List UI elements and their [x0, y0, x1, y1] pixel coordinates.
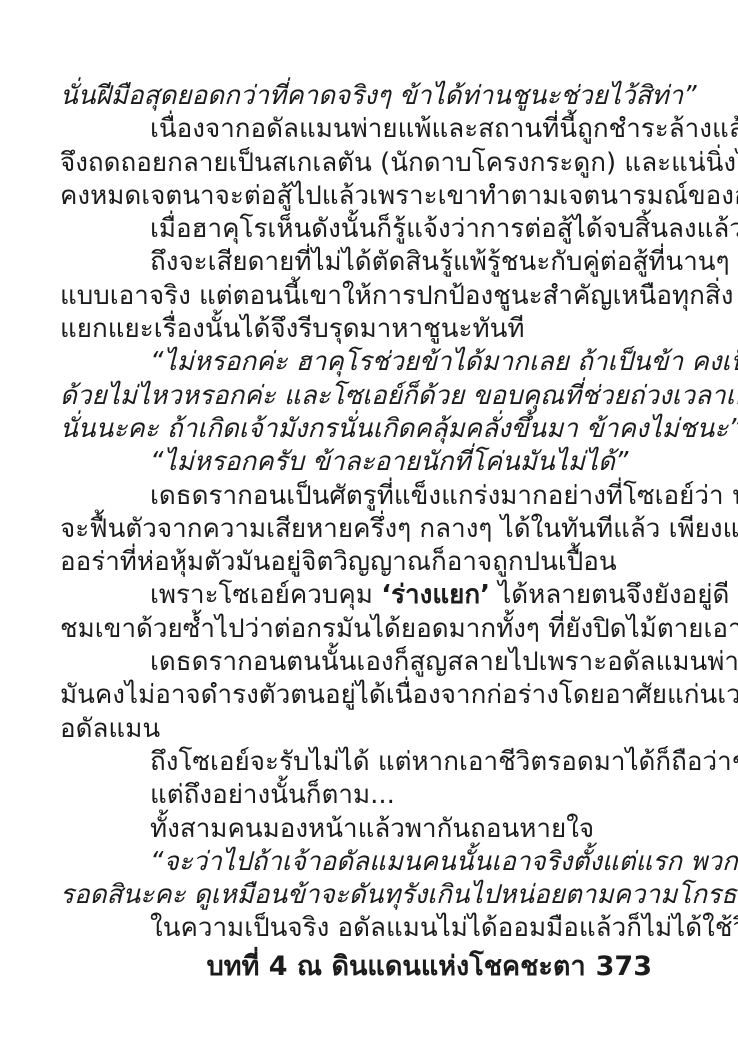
- text-line: เดธดรากอนเป็นศัตรูที่แข็งแกร่งมากอย่างที…: [60, 480, 664, 513]
- text-line-with-bold: เพราะโซเอย์ควบคุม ‘ร่างแยก’ ได้หลายตนจึง…: [60, 579, 664, 612]
- text-line: ถึงจะเสียดายที่ไม่ได้ตัดสินรู้แพ้รู้ชนะก…: [60, 246, 664, 279]
- text-segment: ได้หลายตนจึงยังอยู่ดี ควรจะ: [490, 580, 738, 610]
- text-line: ชมเขาด้วยซ้ำไปว่าต่อกรมันได้ยอดมากทั้งๆ …: [60, 613, 664, 646]
- bold-term: ‘ร่างแยก’: [381, 580, 490, 610]
- text-line: รอดสินะคะ ดูเหมือนข้าจะดันทุรังเกินไปหน่…: [60, 879, 664, 912]
- text-line: แบบเอาจริง แต่ตอนนี้เขาให้การปกป้องชูนะส…: [60, 280, 664, 313]
- book-page: นั่นฝีมือสุดยอดกว่าที่คาดจริงๆ ข้าได้ท่า…: [0, 0, 738, 1051]
- text-line: แต่ถึงอย่างนั้นก็ตาม...: [60, 779, 664, 812]
- text-line: “ไม่หรอกครับ ข้าละอายนักที่โค่นมันไม่ได้…: [60, 446, 664, 479]
- body-text: นั่นฝีมือสุดยอดกว่าที่คาดจริงๆ ข้าได้ท่า…: [60, 80, 664, 946]
- chapter-title: บทที่ 4 ณ ดินแดนแห่งโชคชะตา: [207, 951, 586, 982]
- text-segment: เพราะโซเอย์ควบคุม: [150, 580, 381, 610]
- text-line: “จะว่าไปถ้าเจ้าอดัลแมนคนนั้นเอาจริงตั้งแ…: [60, 846, 664, 879]
- page-footer: บทที่ 4 ณ ดินแดนแห่งโชคชะตา373: [207, 948, 652, 985]
- text-line: นั่นนะคะ ถ้าเกิดเจ้ามังกรนั่นเกิดคลุ้มคล…: [60, 413, 664, 446]
- text-line: เนื่องจากอดัลแมนพ่ายแพ้และสถานที่นี้ถูกช…: [60, 113, 664, 146]
- text-line: มันคงไม่อาจดำรงตัวตนอยู่ได้เนื่องจากก่อร…: [60, 679, 664, 712]
- page-number: 373: [586, 951, 652, 982]
- text-line: จะฟื้นตัวจากความเสียหายครึ่งๆ กลางๆ ได้ใ…: [60, 513, 664, 546]
- text-line: อดัลแมน: [60, 713, 664, 746]
- text-line: ออร่าที่ห่อหุ้มตัวมันอยู่จิตวิญญาณก็อาจถ…: [60, 546, 664, 579]
- text-line: คงหมดเจตนาจะต่อสู้ไปแล้วเพราะเขาทำตามเจต…: [60, 180, 664, 213]
- text-line: ในความเป็นจริง อดัลแมนไม่ได้ออมมือแล้วก็…: [60, 912, 664, 945]
- text-line: นั่นฝีมือสุดยอดกว่าที่คาดจริงๆ ข้าได้ท่า…: [60, 80, 664, 113]
- text-line: “ไม่หรอกค่ะ ฮาคุโรช่วยข้าได้มากเลย ถ้าเป…: [60, 346, 664, 379]
- text-line: เมื่อฮาคุโรเห็นดังนั้นก็รู้แจ้งว่าการต่อ…: [60, 213, 664, 246]
- text-line: ถึงโซเอย์จะรับไม่ได้ แต่หากเอาชีวิตรอดมา…: [60, 746, 664, 779]
- text-line: ทั้งสามคนมองหน้าแล้วพากันถอนหายใจ: [60, 813, 664, 846]
- text-line: จึงถดถอยกลายเป็นสเกเลตัน (นักดาบโครงกระด…: [60, 147, 664, 180]
- text-line: เดธดรากอนตนนั้นเองก็สูญสลายไปเพราะอดัลแม…: [60, 646, 664, 679]
- text-line: ด้วยไม่ไหวหรอกค่ะ และโซเอย์ก็ด้วย ขอบคุณ…: [60, 380, 664, 413]
- text-line: แยกแยะเรื่องนั้นได้จึงรีบรุดมาหาชูนะทันท…: [60, 313, 664, 346]
